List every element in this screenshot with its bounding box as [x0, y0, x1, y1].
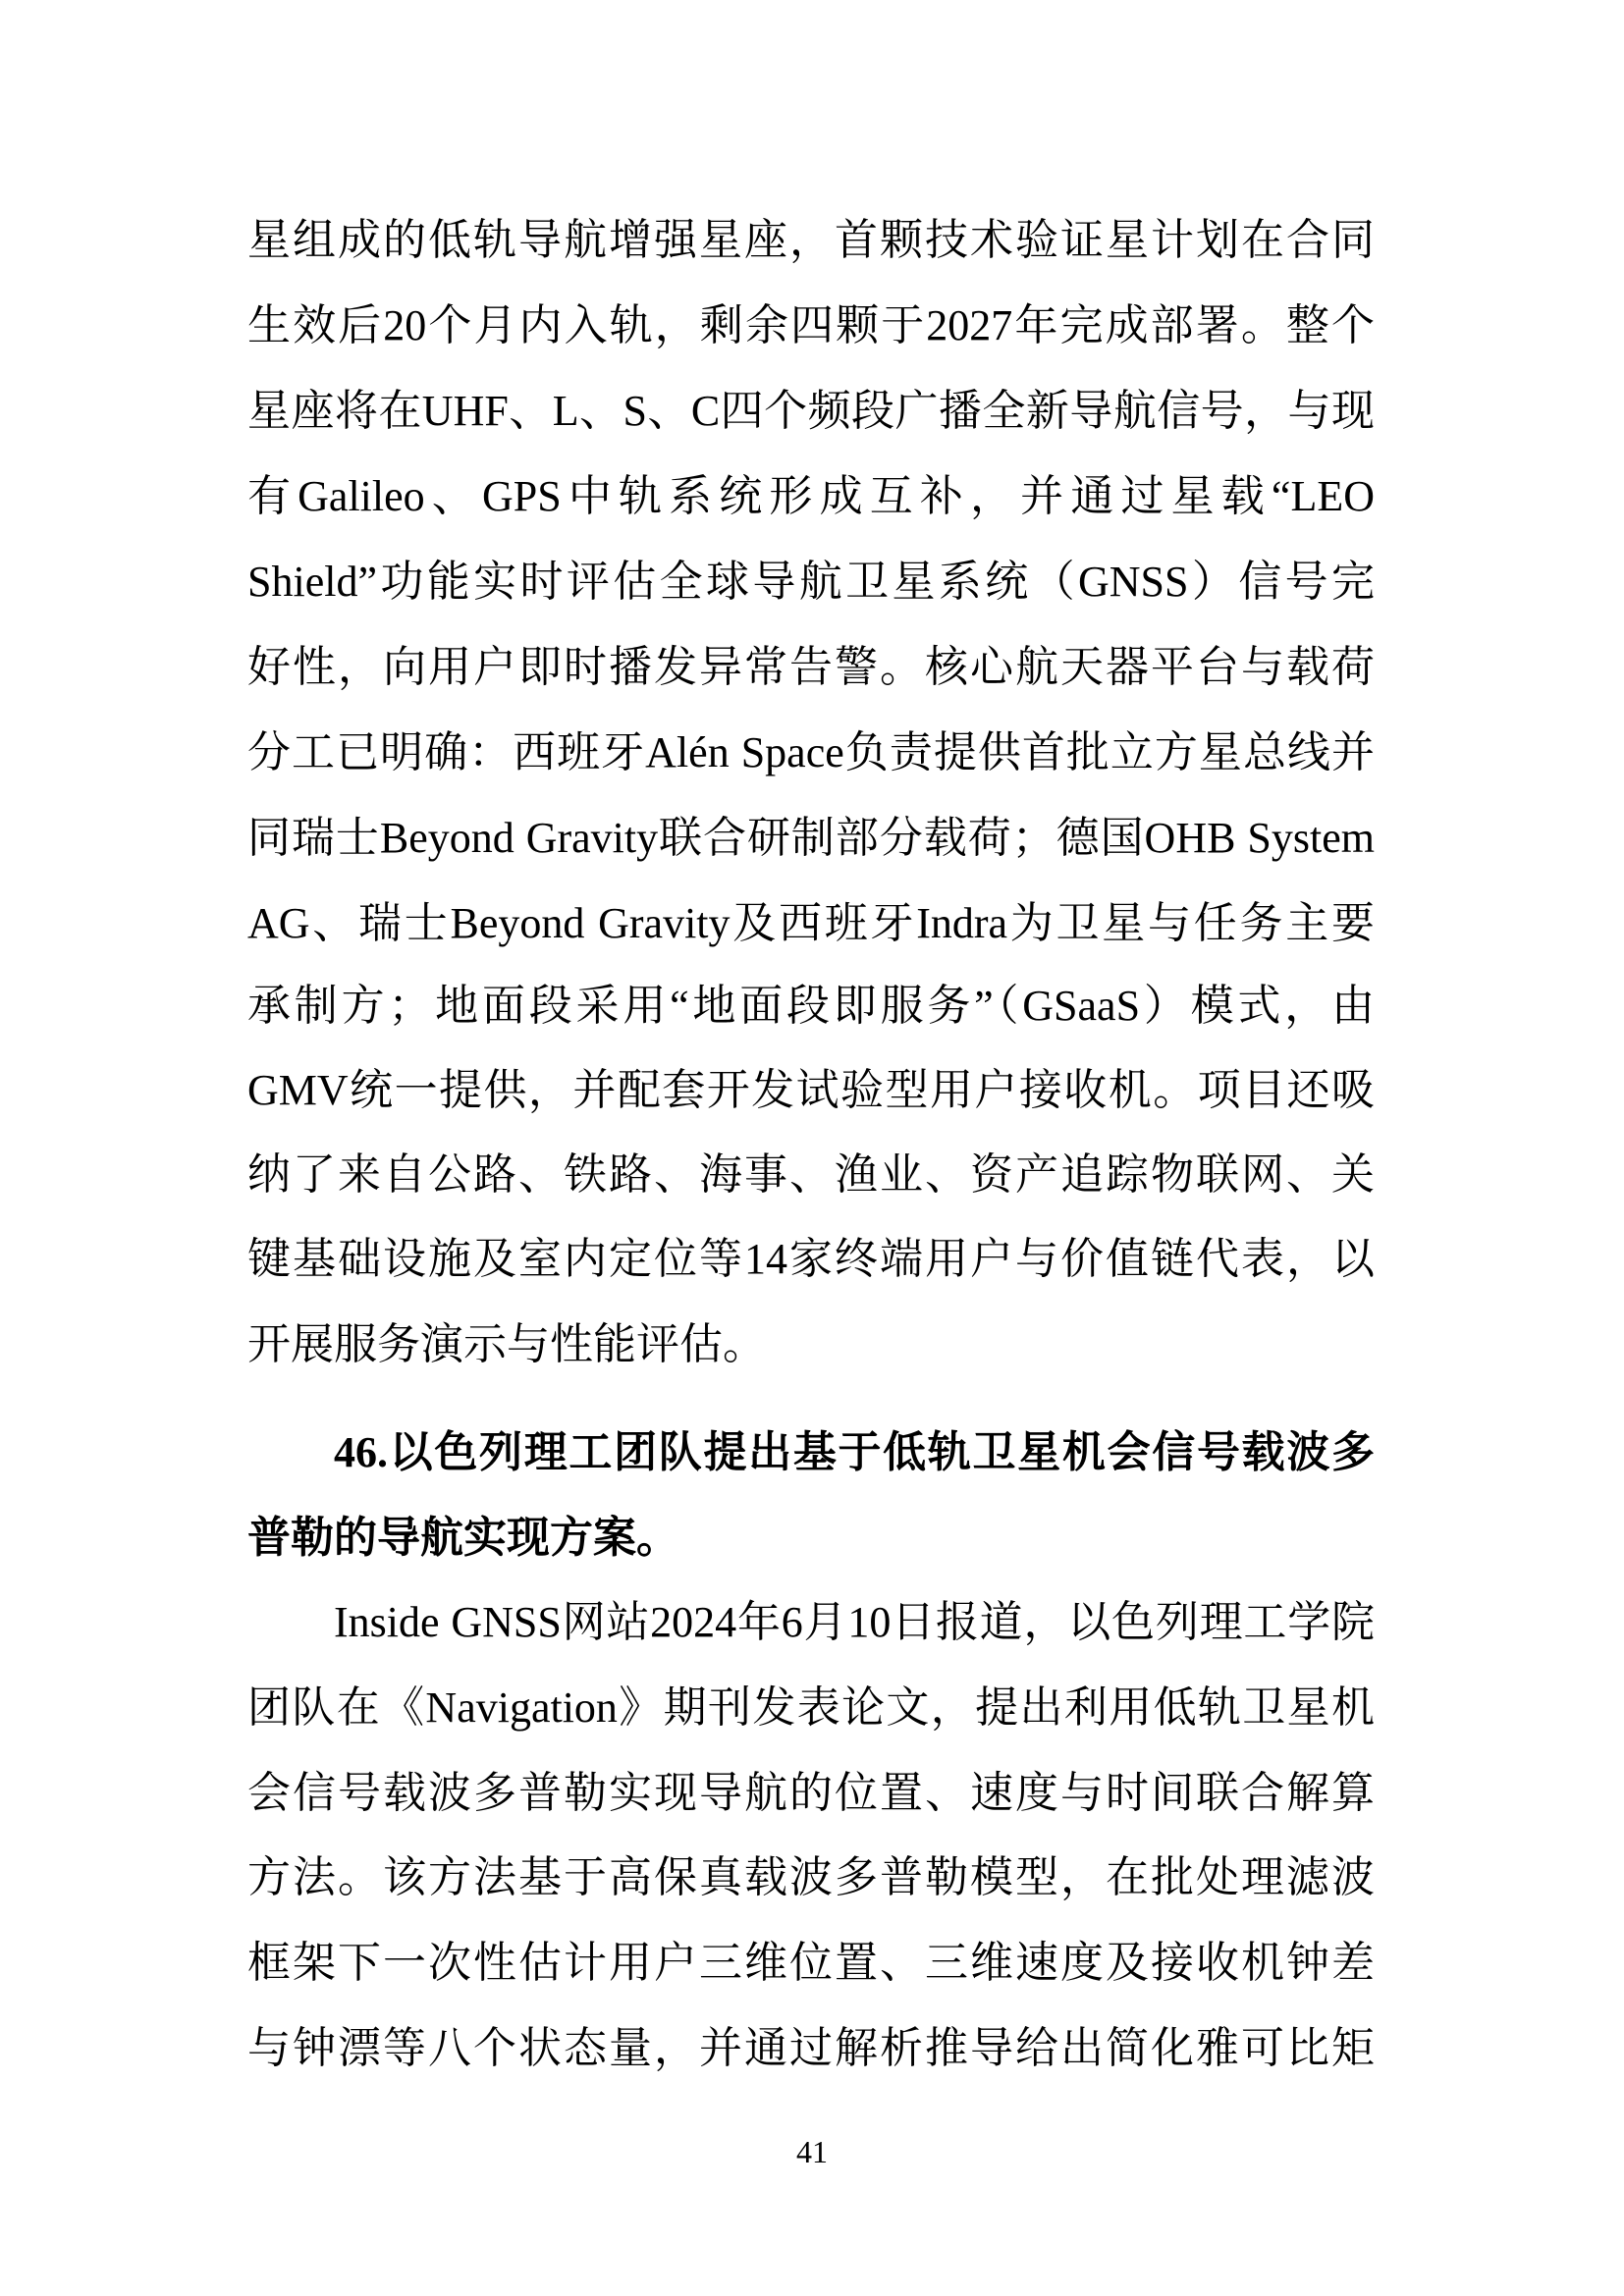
text-line: 同瑞士Beyond Gravity联合研制部分载荷；德国OHB System — [247, 809, 1375, 868]
text-line: Inside GNSS网站2024年6月10日报道，以色列理工学院 — [334, 1593, 1375, 1652]
document-page: 星组成的低轨导航增强星座，首颗技术验证星计划在合同 生效后20个月内入轨，剩余四… — [0, 0, 1624, 2296]
text-line: 团队在《Navigation》期刊发表论文，提出利用低轨卫星机 — [247, 1679, 1375, 1737]
text-line: 开展服务演示与性能评估。 — [247, 1315, 1375, 1374]
text-line: 会信号载波多普勒实现导航的位置、速度与时间联合解算 — [247, 1764, 1375, 1823]
text-line: 框架下一次性估计用户三维位置、三维速度及接收机钟差 — [247, 1934, 1375, 1993]
text-line: 纳了来自公路、铁路、海事、渔业、资产追踪物联网、关 — [247, 1146, 1375, 1204]
page-number: 41 — [0, 2132, 1624, 2171]
text-line: 星组成的低轨导航增强星座，首颗技术验证星计划在合同 — [247, 211, 1375, 270]
heading-line: 46.以色列理工团队提出基于低轨卫星机会信号载波多 — [334, 1423, 1375, 1482]
text-line: Shield”功能实时评估全球导航卫星系统（GNSS）信号完 — [247, 553, 1375, 612]
text-line: 键基础设施及室内定位等14家终端用户与价值链代表，以 — [247, 1230, 1375, 1289]
text-line: 与钟漂等八个状态量，并通过解析推导给出简化雅可比矩 — [247, 2019, 1375, 2078]
text-line: GMV统一提供，并配套开发试验型用户接收机。项目还吸 — [247, 1061, 1375, 1120]
text-line: AG、瑞士Beyond Gravity及西班牙Indra为卫星与任务主要 — [247, 894, 1375, 953]
text-line: 方法。该方法基于高保真载波多普勒模型，在批处理滤波 — [247, 1848, 1375, 1907]
text-line: 星座将在UHF、L、S、C四个频段广播全新导航信号，与现 — [247, 382, 1375, 441]
text-line: 好性，向用户即时播发异常告警。核心航天器平台与载荷 — [247, 638, 1375, 697]
text-line: 分工已明确：西班牙Alén Space负责提供首批立方星总线并 — [247, 723, 1375, 782]
heading-line: 普勒的导航实现方案。 — [247, 1509, 1375, 1568]
text-line: 承制方；地面段采用“地面段即服务”（GSaaS）模式，由 — [247, 977, 1375, 1036]
text-line: 有Galileo、GPS中轨系统形成互补，并通过星载“LEO — [247, 467, 1375, 526]
text-line: 生效后20个月内入轨，剩余四颗于2027年完成部署。整个 — [247, 296, 1375, 355]
